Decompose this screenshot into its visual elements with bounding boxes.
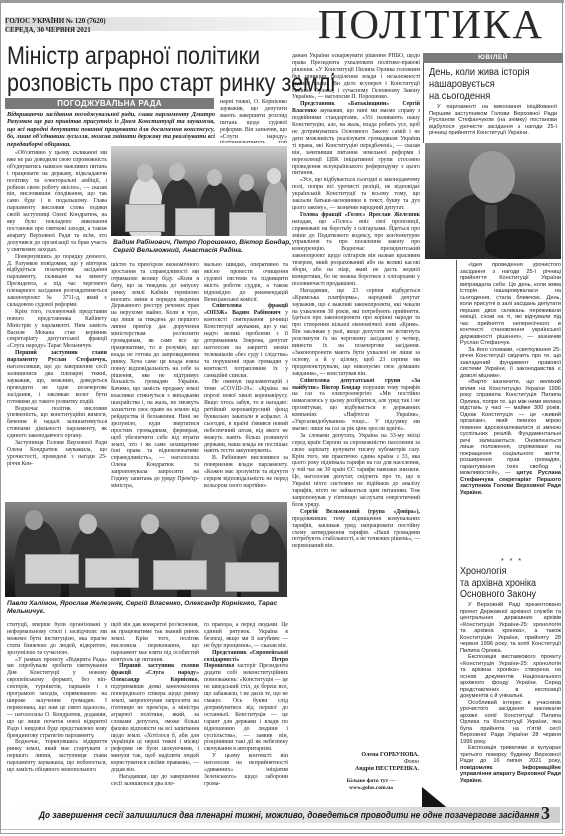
article-signature: Олена ГОРБУНОВА. Фото Андрія НЕСТЕРЕНКА.: [331, 752, 419, 773]
sidebar-quotes: «Ідея проведення урочистого засідання з …: [460, 262, 561, 557]
more-photos-note: Більше фото тут — www.golos.com.ua: [331, 778, 411, 791]
sidebar-headline-line-3: на сьогодення: [429, 90, 547, 102]
paragraph: «У рамках проекту «Відкрита Рада» ми спр…: [7, 657, 107, 740]
article-column-bottom-1: ституції, вперше були організовані у неф…: [7, 622, 107, 794]
section-title: ПОЛІТИКА: [318, 2, 544, 46]
paragraph: Представник «Європейської солідарності» …: [204, 650, 288, 754]
paragraph: го прапора, а перед людьми. Це єдиний ря…: [204, 622, 288, 650]
section-kicker: ПОГОДЖУВАЛЬНА РАДА: [5, 98, 214, 109]
paragraph: Особливий інтерес в учасників урочистого…: [460, 700, 561, 746]
footer-tagline: До завершення сесії залишилися два плена…: [39, 808, 539, 822]
sidebar-headline-line-2: нашаровується: [429, 78, 547, 90]
paragraph: Експозиція виставкового проекту «Констит…: [460, 654, 561, 700]
photo-council-meeting-2: [5, 502, 287, 597]
paragraph: Нагадавши, що до завершення сесії залиши…: [111, 774, 199, 788]
paragraph: У цьому контексті він наголосив на непри…: [204, 753, 288, 788]
article-column-3: мально швидко, оперативно та якісно пров…: [204, 262, 288, 502]
paragraph-text: застеріг Президента додати собі неконсти…: [204, 663, 288, 752]
article-lead: Відкриваючи засідання погоджувальної рад…: [7, 111, 215, 148]
article-column-4: данам України оскаржувати рішення РНБО, …: [292, 53, 420, 708]
paragraph-text: наголосивши, що до завершення сесії зали…: [7, 364, 107, 405]
sidebar-headline: День, коли жива історія нашаровується на…: [429, 66, 547, 102]
paragraph: «Варто зазначити, що великий вплив на Ко…: [460, 379, 561, 496]
sidebar-archive-text: У Верховній Раді презентовано проект Дер…: [460, 602, 561, 802]
paragraph-text: Експозиція триватиме в кулуарах третього…: [460, 745, 561, 764]
paragraph: Водночас, торкнувшись відкриття ринку зе…: [7, 739, 107, 774]
article-column-bottom-3: го прапора, а перед людьми. Це єдиний ря…: [204, 622, 288, 794]
source-attribution: повідомляє Інформаційне управління апара…: [460, 765, 561, 784]
sidebar-intro: У парламенті на виконання ініційованої П…: [429, 104, 557, 137]
paragraph-text: порушив тему тарифів на газ та електроен…: [292, 385, 420, 432]
sidebar-kicker: ЮВІЛЕЙ: [423, 53, 563, 63]
paragraph: У парламенті на виконання ініційованої П…: [429, 104, 557, 137]
sidebar-headline-2-line-3: Основного Закону: [460, 589, 549, 601]
main-headline: Міністр аграрної політики розповість про…: [7, 43, 239, 97]
paragraph: За словами депутата, Україна на 33-му мі…: [292, 433, 420, 509]
paragraph: У Верховній Раді презентовано проект Дер…: [460, 602, 561, 654]
issue-date: СЕРЕДА, 30 ЧЕРВНЯ 2021: [5, 26, 106, 35]
issue-number: ГОЛОС УКРАЇНИ № 120 (7620): [5, 17, 106, 26]
headline-line-2: розповість про старт ринку землі: [7, 70, 239, 97]
photo-council-meeting-1: [111, 146, 287, 236]
sidebar-headline-line-1: День, коли жива історія: [429, 66, 547, 78]
paragraph: данам України оскаржувати рішення РНБО, …: [292, 53, 420, 101]
paragraph: За його словами, «святкування 25-річчя К…: [460, 347, 561, 380]
photo-caption-1: Вадим Рабінович, Петро Порошенко, Віктор…: [113, 239, 293, 255]
paragraph: ституції, вперше були організовані у неф…: [7, 622, 107, 657]
paragraph-text: продовживши тему підвищення комунальних …: [292, 516, 420, 550]
paragraph: Співголова депутатської групи «За майбут…: [292, 378, 420, 433]
article-column-bottom-2: щоб він дав конкретні роз'яснення, як пр…: [111, 622, 199, 794]
paragraph: «Об'єктивно у цьому скликанні ми вже не …: [7, 150, 107, 254]
paragraph: Не оминув парламентарій і теми «COVID-19…: [204, 379, 288, 455]
paragraph-text: нагадав, що «Голос» вніс свої пропозиції…: [292, 219, 420, 287]
page-number: 3: [541, 803, 550, 824]
speaker-name: Перший заступник глави парламенту Руслан…: [7, 350, 107, 363]
paragraph: Перший заступник глави парламенту Руслан…: [7, 350, 107, 405]
masthead-issue: ГОЛОС УКРАЇНИ № 120 (7620) СЕРЕДА, 30 ЧЕ…: [5, 17, 106, 35]
paragraph: В. Рабінович висловився за повернення вл…: [204, 455, 288, 490]
paragraph: Нагадавши, що 23 серпня відбудеться «Кри…: [292, 288, 420, 378]
sidebar-headline-2: Хронологія та архівна хроніка Основного …: [460, 566, 549, 601]
paragraph-text: зауважив, що нині ми маємо справу з подв…: [292, 108, 420, 176]
paragraph: Перший заступник голови фракції «Слуга н…: [111, 663, 199, 774]
paragraph-text: у контексті святкування річниці Конститу…: [204, 310, 288, 378]
bottom-rule: [1, 829, 564, 830]
paragraph: «Ідея проведення урочистого засідання з …: [460, 262, 561, 347]
sidebar-divider: [456, 260, 457, 770]
speaker-name: Перший заступник голови фракції «Слуга н…: [111, 663, 199, 683]
sidebar-headline-2-line-1: Хронологія: [460, 566, 549, 578]
photo-caption-2: Павло Халімон, Ярослав Железняк, Сергій …: [7, 600, 287, 616]
paragraph: Сергій Вельможний (група «Довіра»), прод…: [292, 509, 420, 550]
article-column-1: «Об'єктивно у цьому скликанні ми вже не …: [7, 150, 107, 502]
paragraph: Експозиція триватиме в кулуарах третього…: [460, 745, 561, 784]
paragraph: шістю та прем'єром економічного зростанн…: [111, 262, 199, 490]
headline-line-1: Міністр аграрної політики: [7, 43, 239, 70]
paragraph-text: підтримавши деякі занепокоєння попереднь…: [111, 684, 199, 773]
paragraph: щоб він дав конкретні роз'яснення, як пр…: [111, 622, 199, 663]
paragraph: Представник «Батьківщини» Сергій Власенк…: [292, 101, 420, 177]
paragraph: Заступниця Голови Верховної Ради Олена К…: [7, 440, 107, 468]
paragraph: «Усе, що відбувається сьогодні в законод…: [292, 177, 420, 212]
article-column-2: шістю та прем'єром економічного зростанн…: [111, 262, 199, 502]
speaker-name: Співголова фракції «ОПЗЖ» Вадим Рабінови…: [204, 303, 288, 316]
paragraph-text: «Варто зазначити, що великий вплив на Ко…: [460, 379, 561, 476]
author-name: Олена ГОРБУНОВА.: [331, 752, 419, 759]
article-column-2-top: нарні тижні, О. Корнієнко зауважив, що д…: [220, 99, 287, 143]
paragraph: Повернувшись до порядку денного, Д. Разу…: [7, 254, 107, 309]
section-separator: * * *: [501, 558, 523, 565]
photo-stefanchuk: [425, 143, 561, 259]
photo-credit-label: Фото: [331, 759, 419, 766]
paragraph: Водночас політик висловив упевненість, щ…: [7, 406, 107, 441]
paragraph: Голова фракції «Голос» Ярослав Железняк …: [292, 212, 420, 288]
paragraph: Співголова фракції «ОПЗЖ» Вадим Рабінови…: [204, 303, 288, 379]
paragraph: нарні тижні, О. Корнієнко зауважив, що д…: [220, 99, 287, 143]
speaker-name: Сергій Вельможний (група «Довіра»),: [300, 509, 420, 515]
paragraph: Крім того, головуючий представив нового …: [7, 309, 107, 350]
newspaper-page: ГОЛОС УКРАЇНИ № 120 (7620) СЕРЕДА, 30 ЧЕ…: [0, 0, 563, 834]
photographer-name: Андрія НЕСТЕРЕНКА.: [331, 766, 419, 773]
paragraph: мально швидко, оперативно та якісно пров…: [204, 262, 288, 303]
speaker-name: Голова фракції «Голос» Ярослав Железняк: [300, 212, 420, 218]
more-photos-link[interactable]: www.golos.com.ua: [331, 785, 411, 792]
